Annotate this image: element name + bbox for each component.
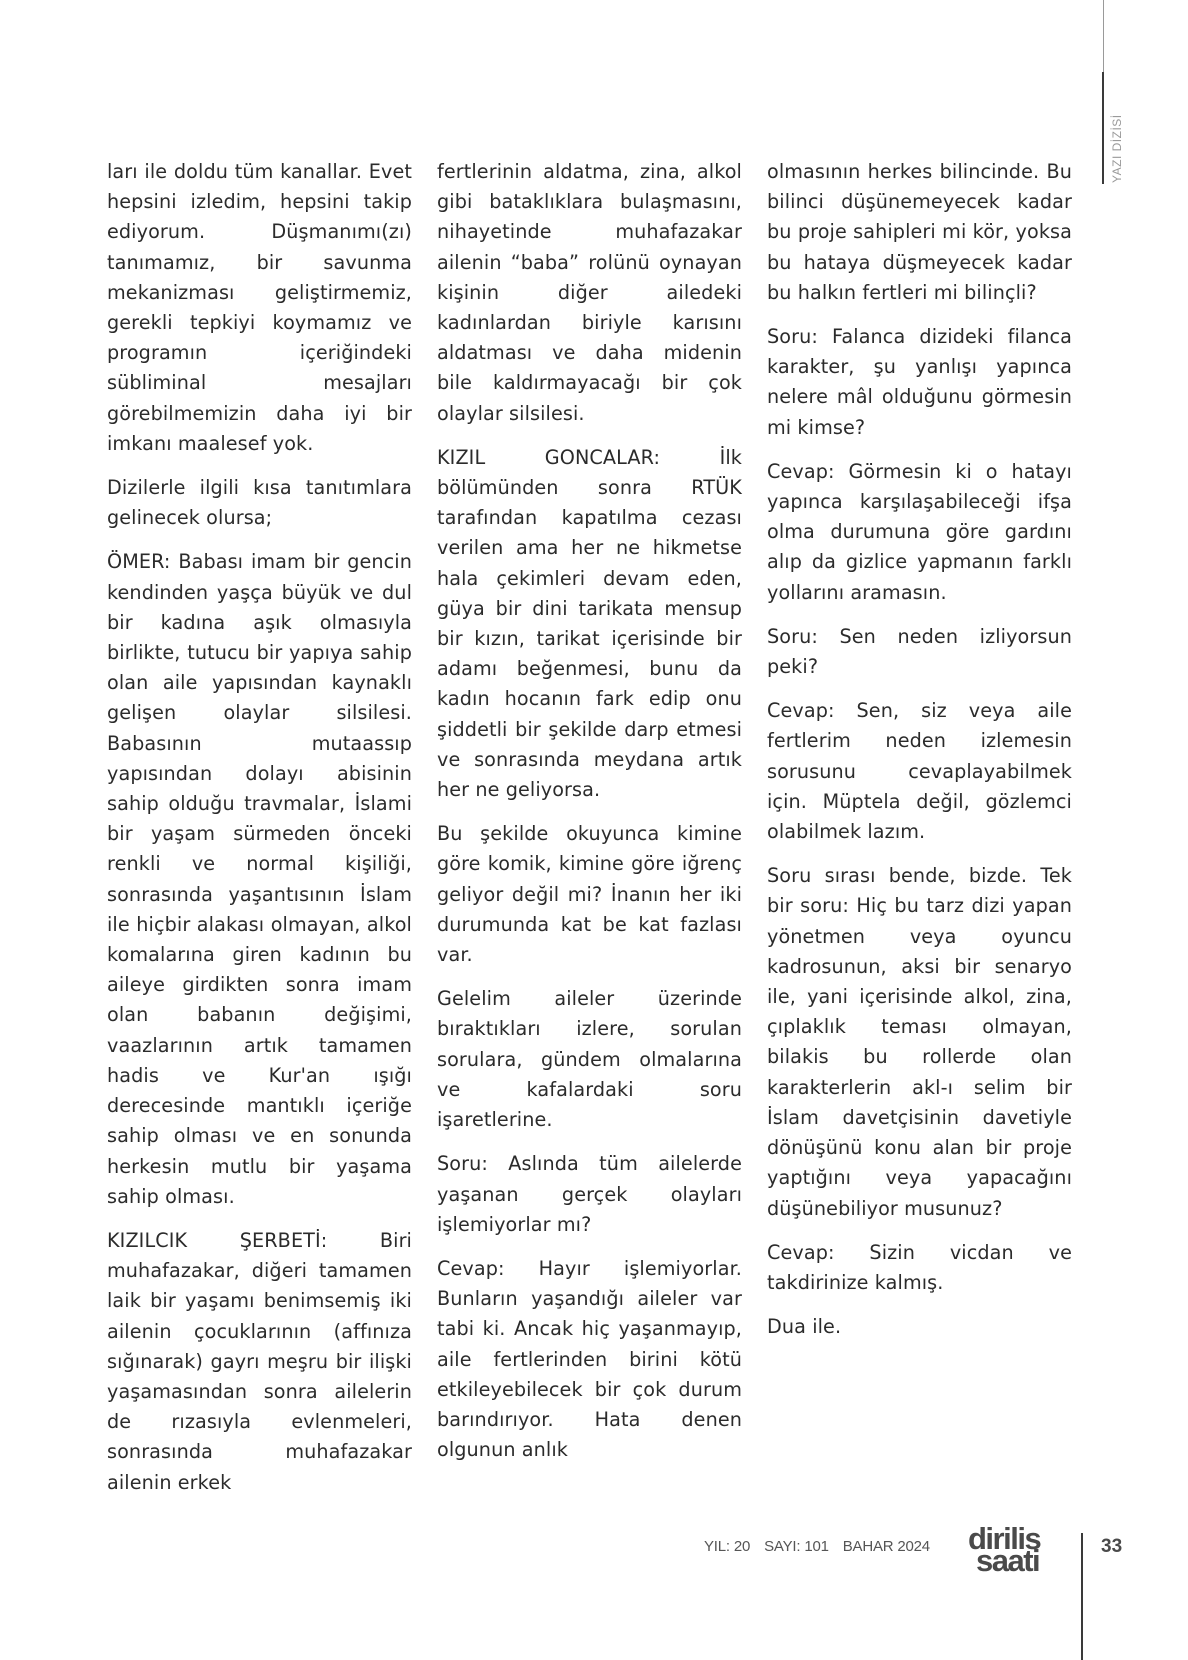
paragraph: ÖMER: Babası imam bir gencin kendinden y… (107, 547, 412, 1211)
paragraph: Soru: Falanca dizideki filanca karakter,… (767, 322, 1072, 443)
paragraph: ları ile doldu tüm kanallar. Evet hepsin… (107, 157, 412, 459)
issue-number: SAYI: 101 (764, 1538, 829, 1555)
paragraph: Soru sırası bende, bizde. Tek bir soru: … (767, 861, 1072, 1223)
paragraph: Soru: Aslında tüm ailelerde yaşanan gerç… (437, 1149, 742, 1240)
issue-year: YIL: 20 (704, 1538, 750, 1555)
column-3: olmasının herkes bilincinde. Bu bilinci … (767, 157, 1072, 1512)
paragraph: olmasının herkes bilincinde. Bu bilinci … (767, 157, 1072, 308)
top-vertical-rule (1102, 72, 1104, 184)
paragraph: Cevap: Sen, siz veya aile fertlerim nede… (767, 696, 1072, 847)
paragraph: Soru: Sen neden izliyorsun peki? (767, 622, 1072, 682)
paragraph: fertlerinin aldatma, zina, alkol gibi ba… (437, 157, 742, 429)
issue-season: BAHAR 2024 (843, 1538, 930, 1555)
paragraph: Dua ile. (767, 1312, 1072, 1342)
top-vertical-rule-light (1103, 0, 1104, 72)
paragraph: Cevap: Sizin vicdan ve takdirinize kalmı… (767, 1238, 1072, 1298)
column-1: ları ile doldu tüm kanallar. Evet hepsin… (107, 157, 412, 1512)
paragraph: Bu şekilde okuyunca kimine göre komik, k… (437, 819, 742, 970)
section-label: YAZI DİZİSİ (1110, 114, 1124, 183)
page-number: 33 (1101, 1536, 1122, 1558)
paragraph: Dizilerle ilgili kısa tanıtımlara geline… (107, 473, 412, 533)
paragraph: Gelelim aileler üzerinde bıraktıkları iz… (437, 984, 742, 1135)
paragraph: KIZIL GONCALAR: İlk bölümünden sonra RTÜ… (437, 443, 742, 805)
logo-line-2: saati (968, 1550, 1040, 1572)
magazine-logo: dirilis saati (968, 1528, 1040, 1572)
bottom-vertical-rule (1081, 1533, 1083, 1660)
article-body: ları ile doldu tüm kanallar. Evet hepsin… (107, 157, 1072, 1512)
paragraph: Cevap: Görmesin ki o hatayı yapınca karş… (767, 457, 1072, 608)
paragraph: Cevap: Hayır işlemiyorlar. Bunların yaşa… (437, 1254, 742, 1465)
paragraph: KIZILCIK ŞERBETİ: Biri muhafazakar, diğe… (107, 1226, 412, 1498)
issue-info: YIL: 20 SAYI: 101 BAHAR 2024 (704, 1538, 940, 1555)
column-2: fertlerinin aldatma, zina, alkol gibi ba… (437, 157, 742, 1512)
